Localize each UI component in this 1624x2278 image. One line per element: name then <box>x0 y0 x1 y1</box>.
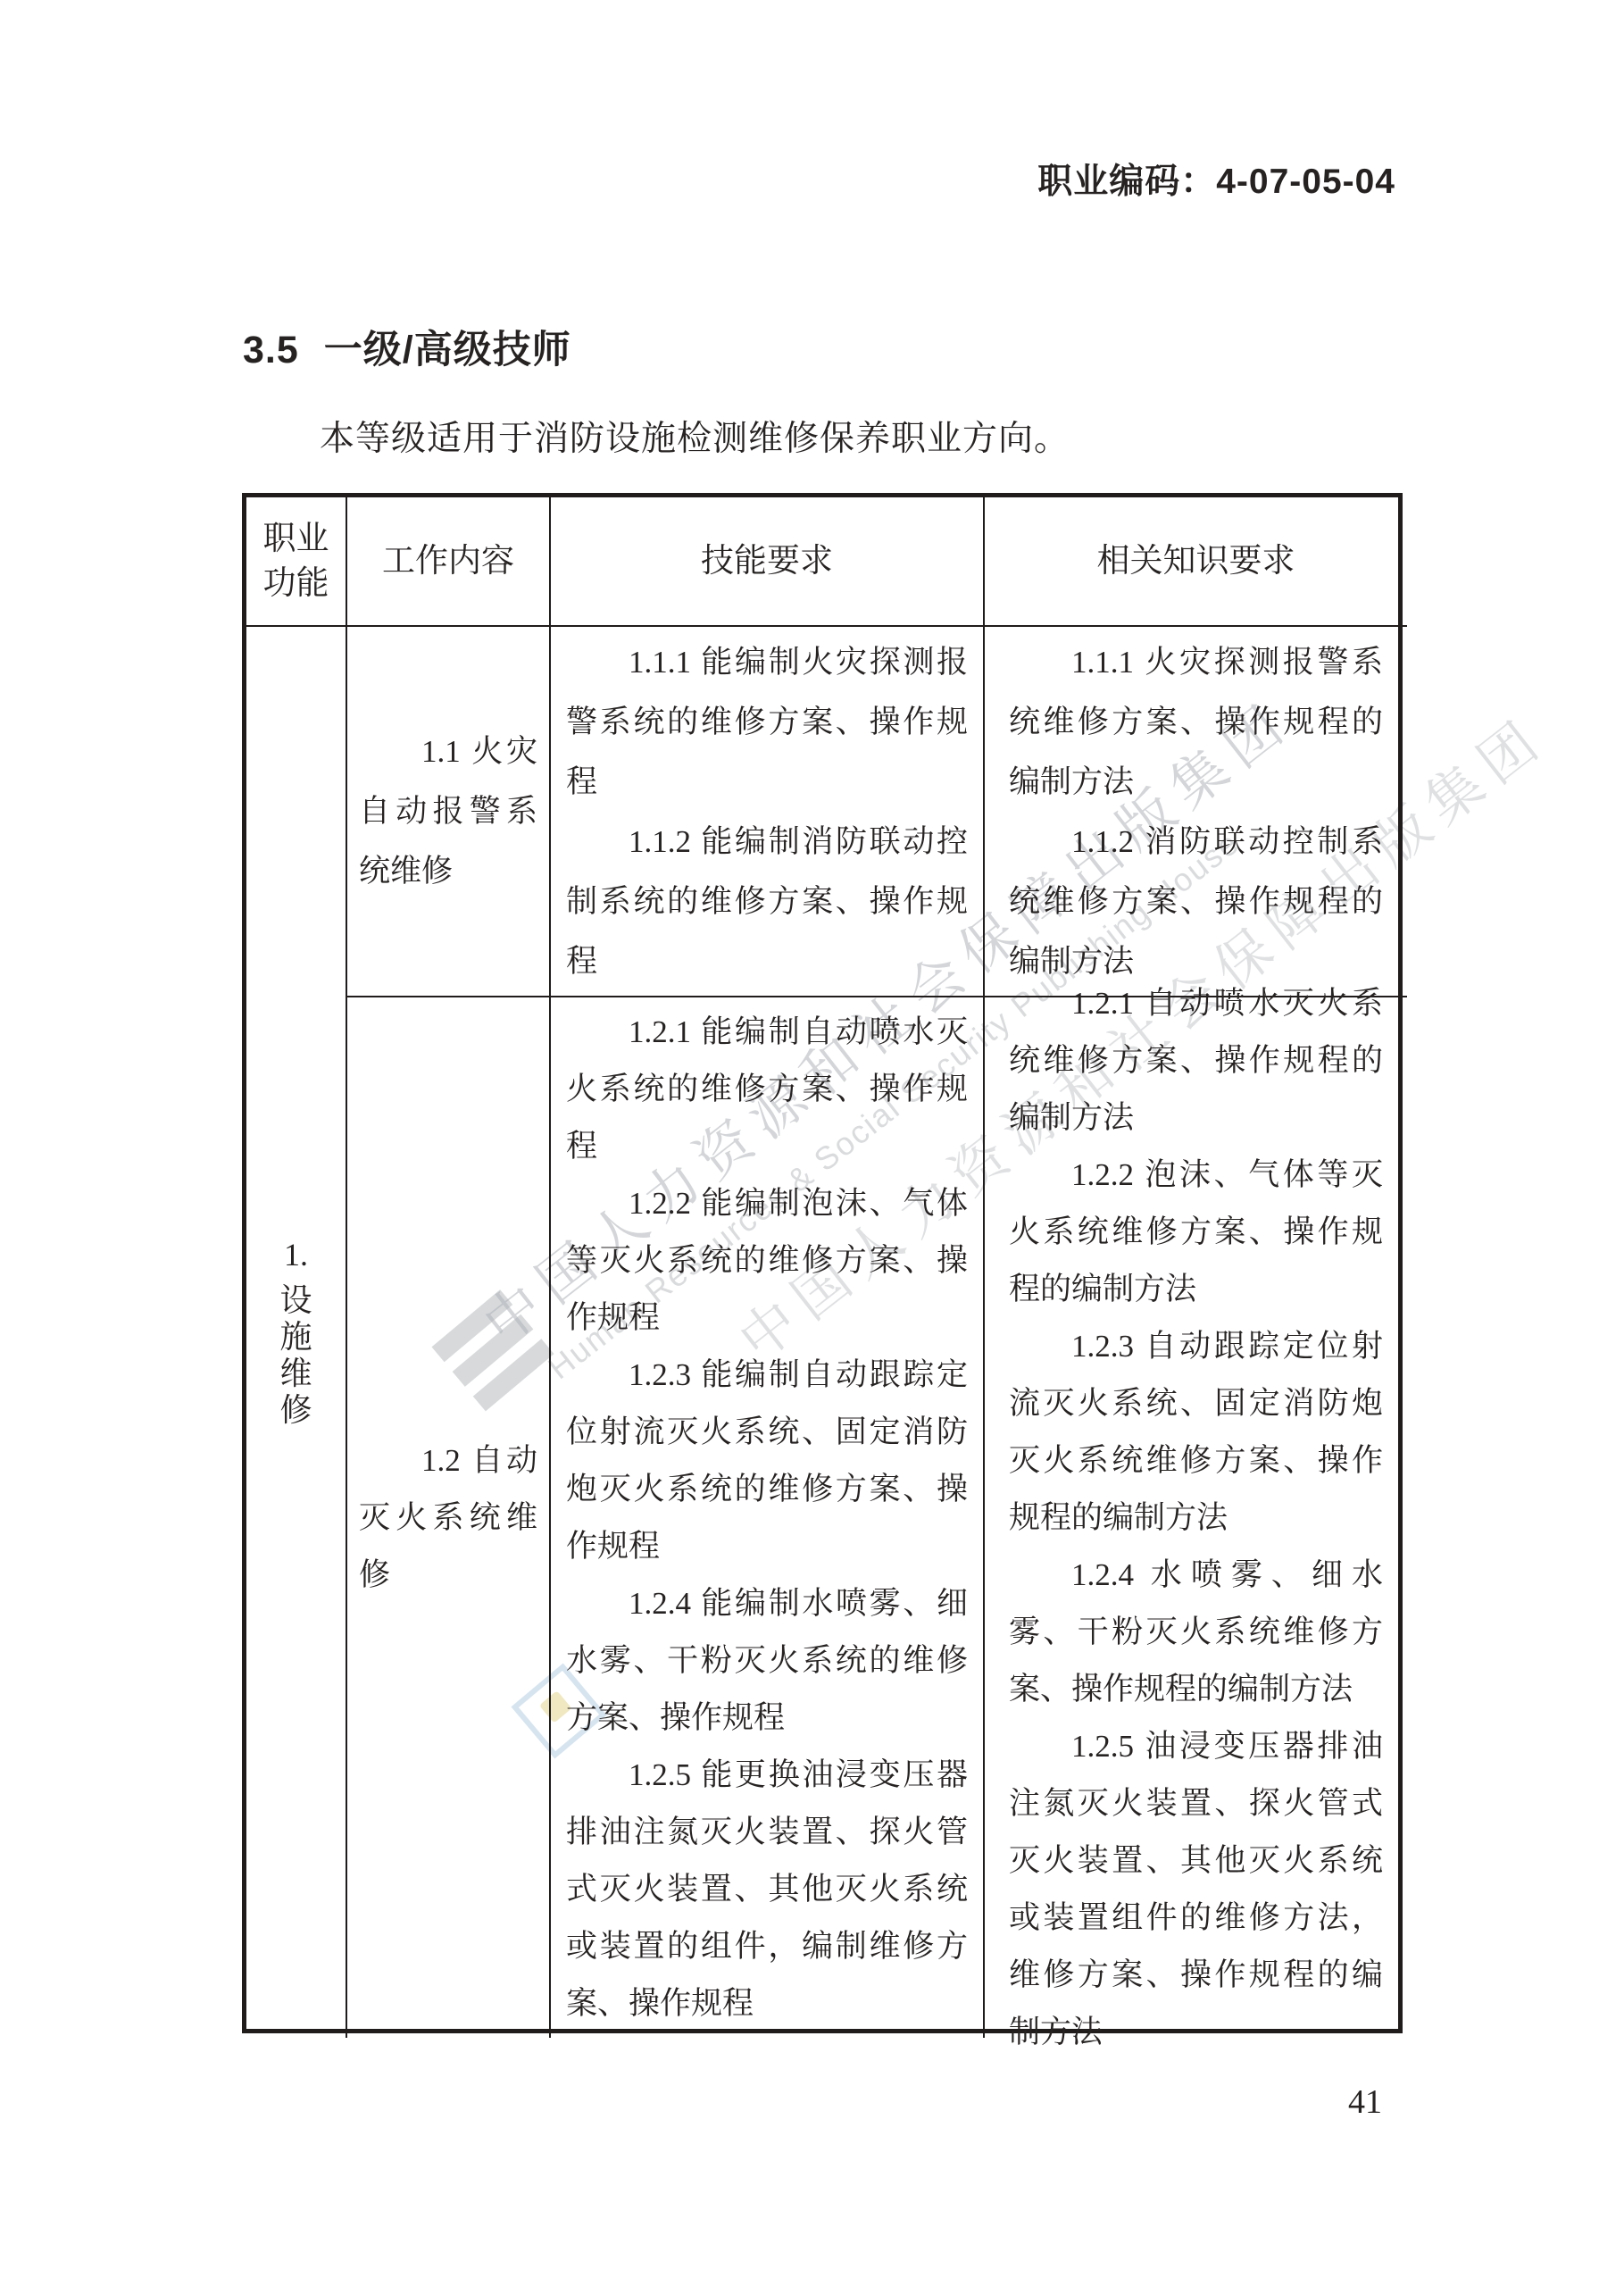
skill-item: 1.2.3 能编制自动跟踪定位射流灭火系统、固定消防炮灭火系统的维修方案、操作规… <box>566 1347 968 1575</box>
skill-item: 1.2.4 能编制水喷雾、细水雾、干粉灭火系统的维修方案、操作规程 <box>566 1575 968 1747</box>
skills-cell-2: 1.2.1 能编制自动喷水灭火系统的维修方案、操作规程 1.2.2 能编制泡沫、… <box>551 997 985 2038</box>
skill-item: 1.2.1 能编制自动喷水灭火系统的维修方案、操作规程 <box>566 1004 968 1175</box>
knowledge-item: 1.2.2 泡沫、气体等灭火系统维修方案、操作规程的编制方法 <box>1009 1147 1383 1318</box>
work-content-cell-1: 1.1 火灾自动报警系统维修 <box>347 627 551 997</box>
work-content-cell-2: 1.2 自动灭火系统维修 <box>347 997 551 2038</box>
document-page: 中国人力资源和社会保障出版集团 Human Resources & Social… <box>0 0 1624 2278</box>
function-char: 设 <box>279 1282 312 1319</box>
skill-item: 1.1.1 能编制火灾探测报警系统的维修方案、操作规程 <box>566 632 968 812</box>
header-work-content: 工作内容 <box>347 497 551 627</box>
section-number: 3.5 <box>243 329 299 371</box>
skill-item: 1.2.5 能更换油浸变压器排油注氮灭火装置、探火管式灭火装置、其他灭火系统或装… <box>566 1747 968 2032</box>
knowledge-cell-2: 1.2.1 自动喷水灭火系统维修方案、操作规程的编制方法 1.2.2 泡沫、气体… <box>985 997 1407 2038</box>
occupational-standard-table: 职业功能 工作内容 技能要求 相关知识要求 1. 设 施 维 修 1.1 火灾自… <box>242 493 1403 2033</box>
knowledge-item: 1.2.4 水喷雾、细水雾、干粉灭火系统维修方案、操作规程的编制方法 <box>1009 1547 1383 1718</box>
function-char: 施 <box>279 1319 312 1356</box>
knowledge-item: 1.2.1 自动喷水灭火系统维修方案、操作规程的编制方法 <box>1009 975 1383 1147</box>
function-cell: 1. 设 施 维 修 <box>246 627 347 2038</box>
function-char: 修 <box>279 1392 312 1429</box>
skills-cell-1: 1.1.1 能编制火灾探测报警系统的维修方案、操作规程 1.1.2 能编制消防联… <box>551 627 985 997</box>
knowledge-cell-1: 1.1.1 火灾探测报警系统维修方案、操作规程的编制方法 1.1.2 消防联动控… <box>985 627 1407 997</box>
header-occupational-function: 职业功能 <box>246 497 347 627</box>
page-number: 41 <box>1348 2082 1382 2122</box>
knowledge-item: 1.1.1 火灾探测报警系统维修方案、操作规程的编制方法 <box>1009 632 1383 812</box>
function-char: 维 <box>279 1356 312 1392</box>
section-title: 一级/高级技师 <box>324 329 571 371</box>
knowledge-item: 1.2.5 油浸变压器排油注氮灭火装置、探火管式灭火装置、其他灭火系统或装置组件… <box>1009 1718 1383 2061</box>
section-heading: 3.5一级/高级技师 <box>243 320 571 374</box>
function-number: 1. <box>284 1237 308 1273</box>
header-knowledge-requirements: 相关知识要求 <box>985 497 1407 627</box>
knowledge-item: 1.1.2 消防联动控制系统维修方案、操作规程的编制方法 <box>1009 812 1383 991</box>
work-content-text: 1.1 火灾自动报警系统维修 <box>359 722 537 901</box>
occupation-code: 职业编码：4-07-05-04 <box>1037 154 1395 204</box>
intro-paragraph: 本等级适用于消防设施检测维修保养职业方向。 <box>320 411 1070 461</box>
header-skill-requirements: 技能要求 <box>551 497 985 627</box>
skill-item: 1.1.2 能编制消防联动控制系统的维修方案、操作规程 <box>566 812 968 991</box>
knowledge-item: 1.2.3 自动跟踪定位射流灭火系统、固定消防炮灭火系统维修方案、操作规程的编制… <box>1009 1318 1383 1547</box>
skill-item: 1.2.2 能编制泡沫、气体等灭火系统的维修方案、操作规程 <box>566 1175 968 1347</box>
work-content-text: 1.2 自动灭火系统维修 <box>359 1432 537 1604</box>
